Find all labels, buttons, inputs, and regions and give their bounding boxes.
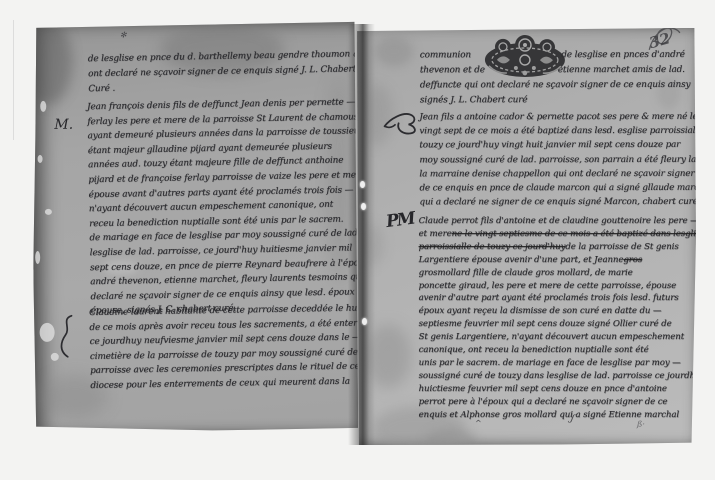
- white-fleck: [38, 155, 43, 163]
- manuscript-text-block: Jean françois denis fils de deffunct Jea…: [87, 95, 353, 319]
- manuscript-text-block: de lesglise en pnce du d. barthellemy be…: [88, 47, 351, 97]
- manuscript-text-block: Claude perrot fils d'antoine et de claud…: [419, 215, 684, 422]
- manuscript-line: Claude perrot fils d'antoine et de claud…: [419, 215, 684, 228]
- left-page: ✻ M. de lesglise en pnce du d. barthelle…: [32, 21, 359, 434]
- manuscript-line: Largentiere épouse avenir d'une part, et…: [419, 254, 684, 267]
- manuscript-line: Jean fils a antoine cador & pernette pac…: [419, 110, 684, 125]
- right-page: ^ ʃ ß·: [355, 26, 697, 447]
- margin-flourish-icon: [56, 313, 80, 365]
- manuscript-line: huictiesme feuvrier mil sept cens douze …: [419, 383, 684, 396]
- stain: [375, 36, 413, 66]
- scanner-edge-artifact: [13, 20, 14, 140]
- manuscript-text-block: Claudine laurent habitante de cette parr…: [89, 302, 352, 394]
- ink-speck: ✻: [120, 30, 127, 39]
- manuscript-line: avenir d'autre part ayant été proclamés …: [419, 293, 684, 306]
- manuscript-line: parroissialle de touzy ce jourd'huy de l…: [419, 241, 684, 254]
- struck-text: parroissialle de touzy ce jourd'huy: [419, 241, 566, 254]
- manuscript-line: unis par le sacrem. de mariage en face d…: [419, 357, 684, 370]
- stitch-dot: [362, 318, 367, 325]
- struck-text: gros: [623, 254, 642, 267]
- stain: [425, 428, 477, 446]
- stain: [358, 224, 384, 266]
- struck-text: ne le vingt septiesme de ce mois a été b…: [452, 228, 698, 241]
- manuscript-line: St genis Largentiere, n'ayant découvert …: [419, 331, 684, 344]
- ornate-ink-stamp-icon: [483, 33, 567, 79]
- stain: [32, 21, 73, 105]
- manuscript-line: vingt sept de ce mois a été baptizé dans…: [419, 124, 684, 139]
- manuscript-line: signés J. L. Chabert curé: [420, 93, 685, 108]
- manuscript-line: époux ayant reçeu la dismisse de son cur…: [419, 305, 684, 318]
- margin-b-flourish-icon: [382, 106, 422, 142]
- margin-mark-pm: PM: [385, 209, 415, 233]
- manuscript-line: canonique, ont receu la benediction nupt…: [419, 344, 684, 357]
- manuscript-line: moy soussigné curé de lad. parroisse, so…: [419, 153, 684, 168]
- white-fleck: [35, 251, 40, 264]
- manuscript-line: perrot pere à l'époux qui a declaré ne s…: [419, 396, 684, 409]
- manuscript-line: soussigné curé de touzy dans lesglise de…: [419, 370, 684, 383]
- manuscript-line: touzy ce jourd'huy vingt huit janvier mi…: [419, 138, 684, 153]
- manuscript-line: deffuncte qui ont declaré ne sçavoir sig…: [420, 78, 685, 93]
- ink-speck: ^: [475, 419, 482, 428]
- manuscript-line: septiesme feuvrier mil sept cens douze s…: [419, 318, 684, 331]
- manuscript-line: poncette giraud, les pere et mere de cet…: [419, 280, 684, 293]
- register-scan-background: ✻ M. de lesglise en pnce du d. barthelle…: [0, 0, 715, 480]
- margin-mark-m: M.: [54, 117, 73, 133]
- manuscript-line: et mere ne le vingt septiesme de ce mois…: [419, 228, 684, 241]
- white-fleck: [40, 101, 46, 112]
- stitch-dot: [360, 181, 365, 188]
- manuscript-line: diocese pour les enterrements de ceux qu…: [90, 375, 352, 394]
- manuscript-line: de ce enquis en pnce de claude marcon qu…: [419, 181, 684, 196]
- stain: [365, 324, 411, 388]
- ink-speck: ß·: [637, 420, 645, 429]
- manuscript-text-block: Jean fils a antoine cador & pernette pac…: [419, 110, 684, 210]
- manuscript-line: grosmollard fille de claude gros mollard…: [419, 267, 684, 280]
- manuscript-line: qui a declaré ne signer de ce enquis sig…: [419, 195, 684, 210]
- white-fleck: [40, 323, 55, 342]
- stitch-dot: [361, 203, 366, 210]
- manuscript-line: la marraine denise chappellon qui ont de…: [419, 167, 684, 182]
- folio-number: 32: [647, 28, 672, 52]
- white-fleck: [45, 209, 52, 215]
